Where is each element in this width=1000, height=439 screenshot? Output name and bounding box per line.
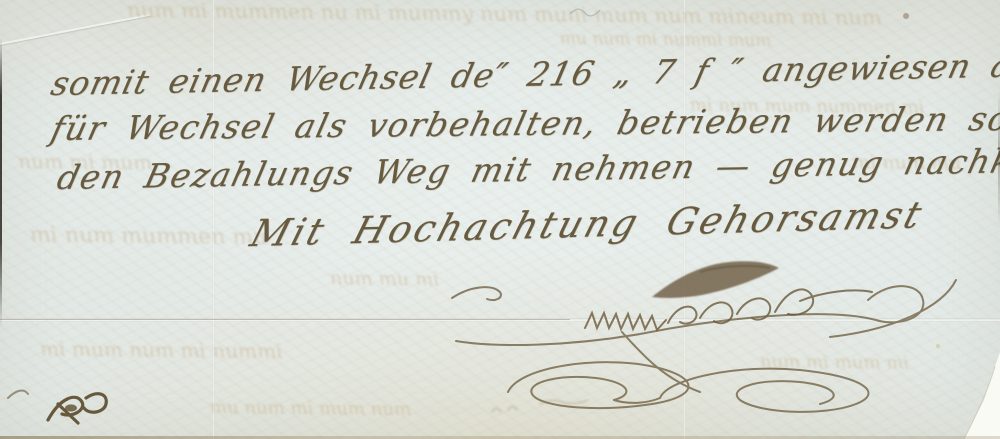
scanned-letter-page: num mi mummen nu mi mummy num muni mum n… — [0, 0, 1000, 439]
bleedthrough-text: mi mum num mi nummi — [36, 337, 285, 364]
bleedthrough-text: num mu mi — [327, 267, 442, 290]
fold-crease-corner — [0, 14, 151, 48]
bleedthrough-text: num mi mum mi — [757, 351, 912, 374]
corner-scribble — [8, 391, 106, 423]
bleedthrough-text: num mi mummen nu mi mummy num muni mum n… — [124, 0, 885, 30]
scan-edge-left — [0, 38, 2, 328]
bleedthrough-text: mu num mi mum num — [207, 397, 414, 420]
paper-speck — [936, 344, 940, 348]
faint-marks — [492, 400, 588, 412]
handwriting-line-1: somit einen Wechsel de″ 216 „ 7 f ″ ange… — [48, 42, 1000, 103]
bleedthrough-text: mu num mi nummi mum — [557, 29, 774, 51]
fold-crease-horizontal — [0, 318, 1000, 322]
handwriting-line-2: für Wechsel als vorbehalten, betrieben w… — [47, 98, 1000, 148]
signature-scribble — [585, 289, 872, 330]
torn-corner-edge — [964, 366, 995, 439]
valediction-line: Mit Hochachtung Gehorsamst — [246, 193, 930, 255]
pencil-mark — [570, 9, 600, 16]
bleedthrough-text: mi num mummen mu — [26, 223, 271, 250]
ink-speck — [903, 13, 909, 19]
torn-corner — [964, 352, 1000, 439]
signature-flourish — [452, 280, 956, 412]
ink-blot — [652, 261, 779, 298]
fold-crease-shadow — [0, 319, 570, 320]
